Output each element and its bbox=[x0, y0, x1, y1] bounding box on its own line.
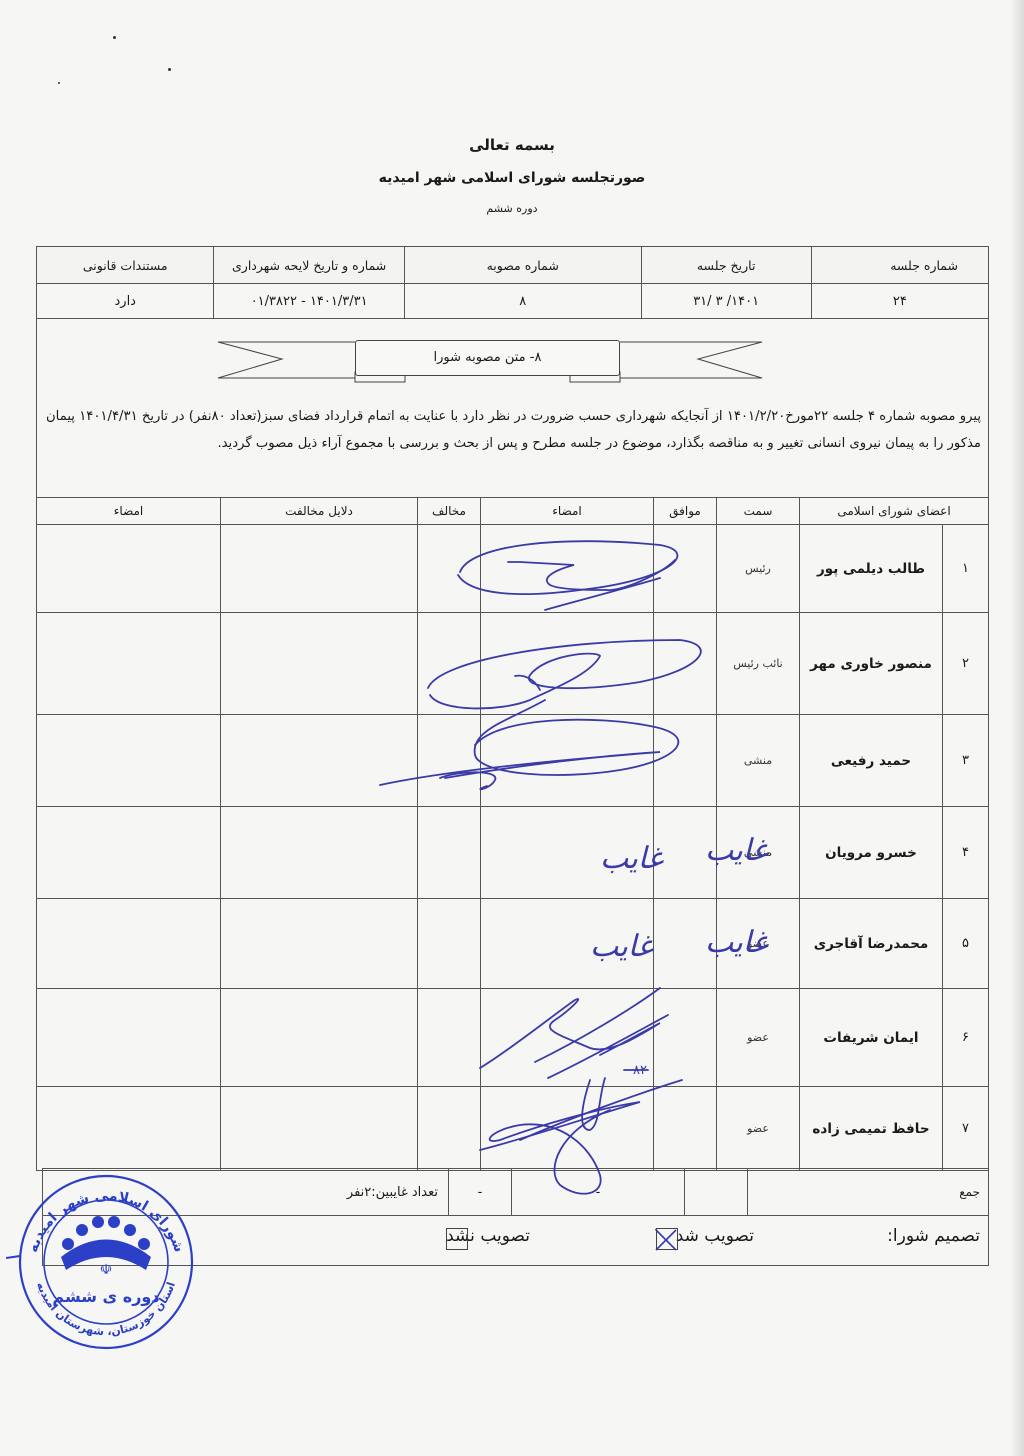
svg-text:استان خوزستان، شهرستان امیدیه: استان خوزستان، شهرستان امیدیه bbox=[34, 1280, 178, 1338]
member-position: منشی bbox=[717, 807, 800, 899]
sum-row-table: جمع - - تعداد غایبین:۲نفر bbox=[42, 1168, 989, 1216]
member-name: ایمان شریفات bbox=[800, 989, 943, 1087]
agree-cell bbox=[654, 807, 717, 899]
reasons-cell bbox=[221, 715, 418, 807]
reasons-cell bbox=[221, 525, 418, 613]
member-row: ۱ طالب دیلمی پور رئیس bbox=[37, 525, 989, 613]
session-meta-table: شماره جلسه تاریخ جلسه شماره مصوبه شماره … bbox=[36, 246, 989, 319]
member-position: عضو bbox=[717, 899, 800, 989]
scan-speck bbox=[113, 36, 116, 39]
header-signature-2: امضاء bbox=[37, 498, 221, 525]
agree-cell bbox=[654, 1087, 717, 1171]
sum-agree bbox=[685, 1169, 748, 1216]
agree-cell bbox=[654, 613, 717, 715]
member-row: ۳ حمید رفیعی منشی bbox=[37, 715, 989, 807]
value-session-date: ۱۴۰۱/ ۳ /۳۱ bbox=[641, 284, 811, 319]
approved-checkbox[interactable] bbox=[656, 1228, 678, 1250]
oppose-cell bbox=[418, 715, 481, 807]
member-row: ۲ منصور خاوری مهر نائب رئیس bbox=[37, 613, 989, 715]
signature-2-cell bbox=[37, 1087, 221, 1171]
signature-2-cell bbox=[37, 807, 221, 899]
signature-2-cell bbox=[37, 715, 221, 807]
member-position: عضو bbox=[717, 1087, 800, 1171]
scan-speck bbox=[58, 82, 60, 84]
member-number: ۱ bbox=[943, 525, 989, 613]
svg-text:دوره ی ششم: دوره ی ششم bbox=[52, 1287, 159, 1306]
oppose-cell bbox=[418, 807, 481, 899]
signature-cell bbox=[481, 715, 654, 807]
sum-oppose: - bbox=[449, 1169, 512, 1216]
member-name: طالب دیلمی پور bbox=[800, 525, 943, 613]
council-decision-row: تصمیم شورا: تصویب شد تصویب نشد bbox=[42, 1216, 989, 1266]
reasons-cell bbox=[221, 1087, 418, 1171]
header-session-number: شماره جلسه bbox=[811, 247, 988, 284]
member-name: منصور خاوری مهر bbox=[800, 613, 943, 715]
header-opposition-reasons: دلایل مخالفت bbox=[221, 498, 418, 525]
member-position: عضو bbox=[717, 989, 800, 1087]
rejected-checkbox[interactable] bbox=[446, 1228, 468, 1250]
oppose-cell bbox=[418, 989, 481, 1087]
value-bill-number-date: ۱۴۰۱/۳/۳۱ - ۰۱/۳۸۲۲ bbox=[214, 284, 404, 319]
oppose-cell bbox=[418, 1087, 481, 1171]
agree-cell bbox=[654, 525, 717, 613]
meta-header-row: شماره جلسه تاریخ جلسه شماره مصوبه شماره … bbox=[37, 247, 989, 284]
sum-signature: - bbox=[512, 1169, 685, 1216]
reasons-cell bbox=[221, 899, 418, 989]
reasons-cell bbox=[221, 989, 418, 1087]
member-row: ۵ محمدرضا آقاجری عضو bbox=[37, 899, 989, 989]
scan-speck bbox=[168, 68, 171, 71]
council-members-table: اعضای شورای اسلامی سمت موافق امضاء مخالف… bbox=[36, 497, 989, 1171]
member-position: نائب رئیس bbox=[717, 613, 800, 715]
value-legal-documents: دارد bbox=[37, 284, 214, 319]
member-name: محمدرضا آقاجری bbox=[800, 899, 943, 989]
member-number: ۳ bbox=[943, 715, 989, 807]
member-name: حمید رفیعی bbox=[800, 715, 943, 807]
signature-2-cell bbox=[37, 989, 221, 1087]
oppose-cell bbox=[418, 613, 481, 715]
header-bill-number-date: شماره و تاریخ لایحه شهرداری bbox=[214, 247, 404, 284]
resolution-text: پیرو مصوبه شماره ۴ جلسه ۲۲مورخ۱۴۰۱/۲/۲۰ … bbox=[46, 403, 981, 457]
signature-2-cell bbox=[37, 899, 221, 989]
agree-cell bbox=[654, 989, 717, 1087]
checked-x-icon bbox=[655, 1229, 677, 1251]
member-number: ۴ bbox=[943, 807, 989, 899]
member-position: رئیس bbox=[717, 525, 800, 613]
reasons-cell bbox=[221, 807, 418, 899]
resolution-section-title: ۸- متن مصوبه شورا bbox=[355, 340, 620, 376]
value-session-number: ۲۴ bbox=[811, 284, 988, 319]
member-number: ۷ bbox=[943, 1087, 989, 1171]
reasons-cell bbox=[221, 613, 418, 715]
basmala-heading: بسمه تعالی bbox=[0, 136, 1024, 154]
header-legal-documents: مستندات قانونی bbox=[37, 247, 214, 284]
signature-cell bbox=[481, 989, 654, 1087]
agree-cell bbox=[654, 715, 717, 807]
member-row: ۴ خسرو مرویان منشی bbox=[37, 807, 989, 899]
member-name: خسرو مرویان bbox=[800, 807, 943, 899]
signature-cell bbox=[481, 613, 654, 715]
member-position: منشی bbox=[717, 715, 800, 807]
member-row: ۶ ایمان شریفات عضو bbox=[37, 989, 989, 1087]
sum-label: جمع bbox=[748, 1169, 989, 1216]
signature-cell bbox=[481, 1087, 654, 1171]
signature-2-cell bbox=[37, 613, 221, 715]
header-position: سمت bbox=[717, 498, 800, 525]
header-oppose: مخالف bbox=[418, 498, 481, 525]
value-resolution-number: ۸ bbox=[404, 284, 641, 319]
sum-row: جمع - - تعداد غایبین:۲نفر bbox=[43, 1169, 989, 1216]
absent-count: تعداد غایبین:۲نفر bbox=[43, 1169, 449, 1216]
member-number: ۲ bbox=[943, 613, 989, 715]
decision-label: تصمیم شورا: bbox=[887, 1226, 980, 1246]
member-number: ۵ bbox=[943, 899, 989, 989]
members-header-row: اعضای شورای اسلامی سمت موافق امضاء مخالف… bbox=[37, 498, 989, 525]
approved-label: تصویب شد bbox=[676, 1226, 754, 1246]
signature-cell bbox=[481, 525, 654, 613]
document-title: صورتجلسه شورای اسلامی شهر امیدیه bbox=[0, 170, 1024, 186]
signature-cell bbox=[481, 899, 654, 989]
header-members: اعضای شورای اسلامی bbox=[800, 498, 989, 525]
agree-cell bbox=[654, 899, 717, 989]
signature-cell bbox=[481, 807, 654, 899]
signature-2-cell bbox=[37, 525, 221, 613]
oppose-cell bbox=[418, 525, 481, 613]
header-session-date: تاریخ جلسه bbox=[641, 247, 811, 284]
member-row: ۷ حافظ تمیمی زاده عضو bbox=[37, 1087, 989, 1171]
header-agree: موافق bbox=[654, 498, 717, 525]
meta-value-row: ۲۴ ۱۴۰۱/ ۳ /۳۱ ۸ ۱۴۰۱/۳/۳۱ - ۰۱/۳۸۲۲ دار… bbox=[37, 284, 989, 319]
member-number: ۶ bbox=[943, 989, 989, 1087]
oppose-cell bbox=[418, 899, 481, 989]
member-name: حافظ تمیمی زاده bbox=[800, 1087, 943, 1171]
header-resolution-number: شماره مصوبه bbox=[404, 247, 641, 284]
term-subtitle: دوره ششم bbox=[0, 202, 1024, 215]
scan-edge bbox=[1010, 0, 1024, 1456]
header-signature: امضاء bbox=[481, 498, 654, 525]
